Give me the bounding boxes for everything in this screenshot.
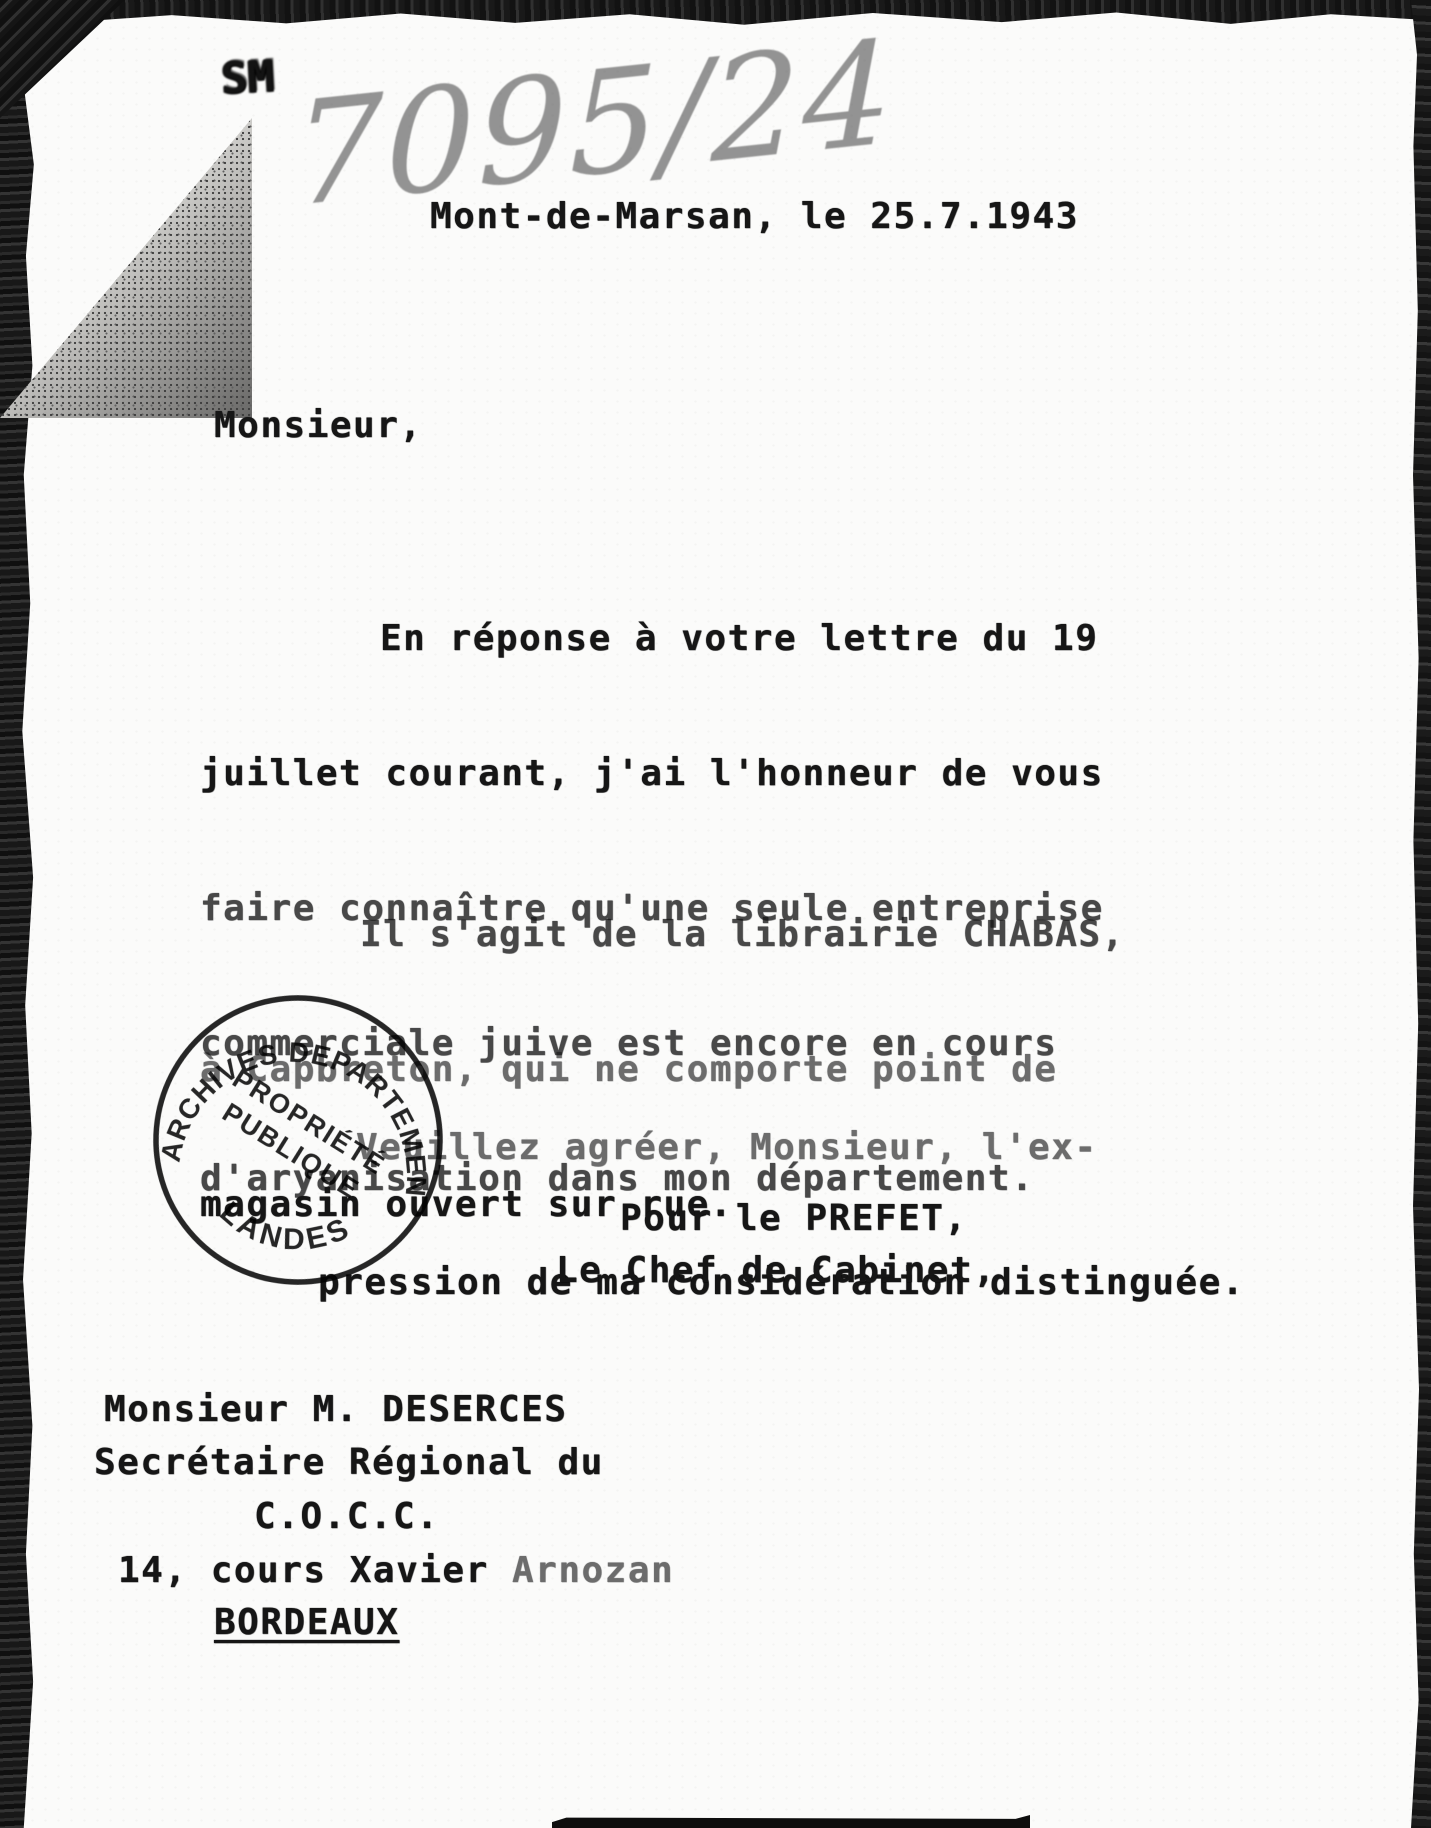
recipient-name: Monsieur M. DESERCES: [104, 1387, 567, 1432]
paragraph-2-line-1: Il s'agit de la librairie CHABAS,: [360, 912, 1125, 957]
paragraph-3-line-1: Veuillez agréer, Monsieur, l'ex-: [356, 1125, 1245, 1170]
dateline: Mont-de-Marsan, le 25.7.1943: [430, 194, 1079, 239]
stamp-arc-bottom-text: LANDES: [210, 1193, 361, 1266]
recipient-address: 14, cours Xavier Arnozan: [118, 1548, 674, 1593]
scanned-letter-page: SM 7095/24 Mont-de-Marsan, le 25.7.1943 …: [0, 0, 1431, 1828]
recipient-organization: C.O.C.C.: [254, 1494, 439, 1539]
archive-stamp: ARCHIVES DEPARTEMENTALES LANDES PROPRIÉT…: [126, 968, 469, 1311]
recipient-address-street: 14, cours Xavier: [118, 1550, 512, 1591]
paragraph-1-line-2: juillet courant, j'ai l'honneur de vous: [200, 751, 1104, 796]
signature-line-2: Le Chef de Cabinet,: [556, 1248, 996, 1293]
paragraph-1-line-1: En réponse à votre lettre du 19: [380, 616, 1104, 661]
signature-line-1: Pour le PREFET,: [620, 1196, 968, 1241]
recipient-city: BORDEAUX: [214, 1600, 399, 1645]
letter-body: Mont-de-Marsan, le 25.7.1943 Monsieur, E…: [0, 0, 1431, 1828]
recipient-title: Secrétaire Régional du: [94, 1440, 604, 1485]
salutation: Monsieur,: [214, 403, 423, 448]
recipient-address-street-faded: Arnozan: [512, 1550, 674, 1591]
